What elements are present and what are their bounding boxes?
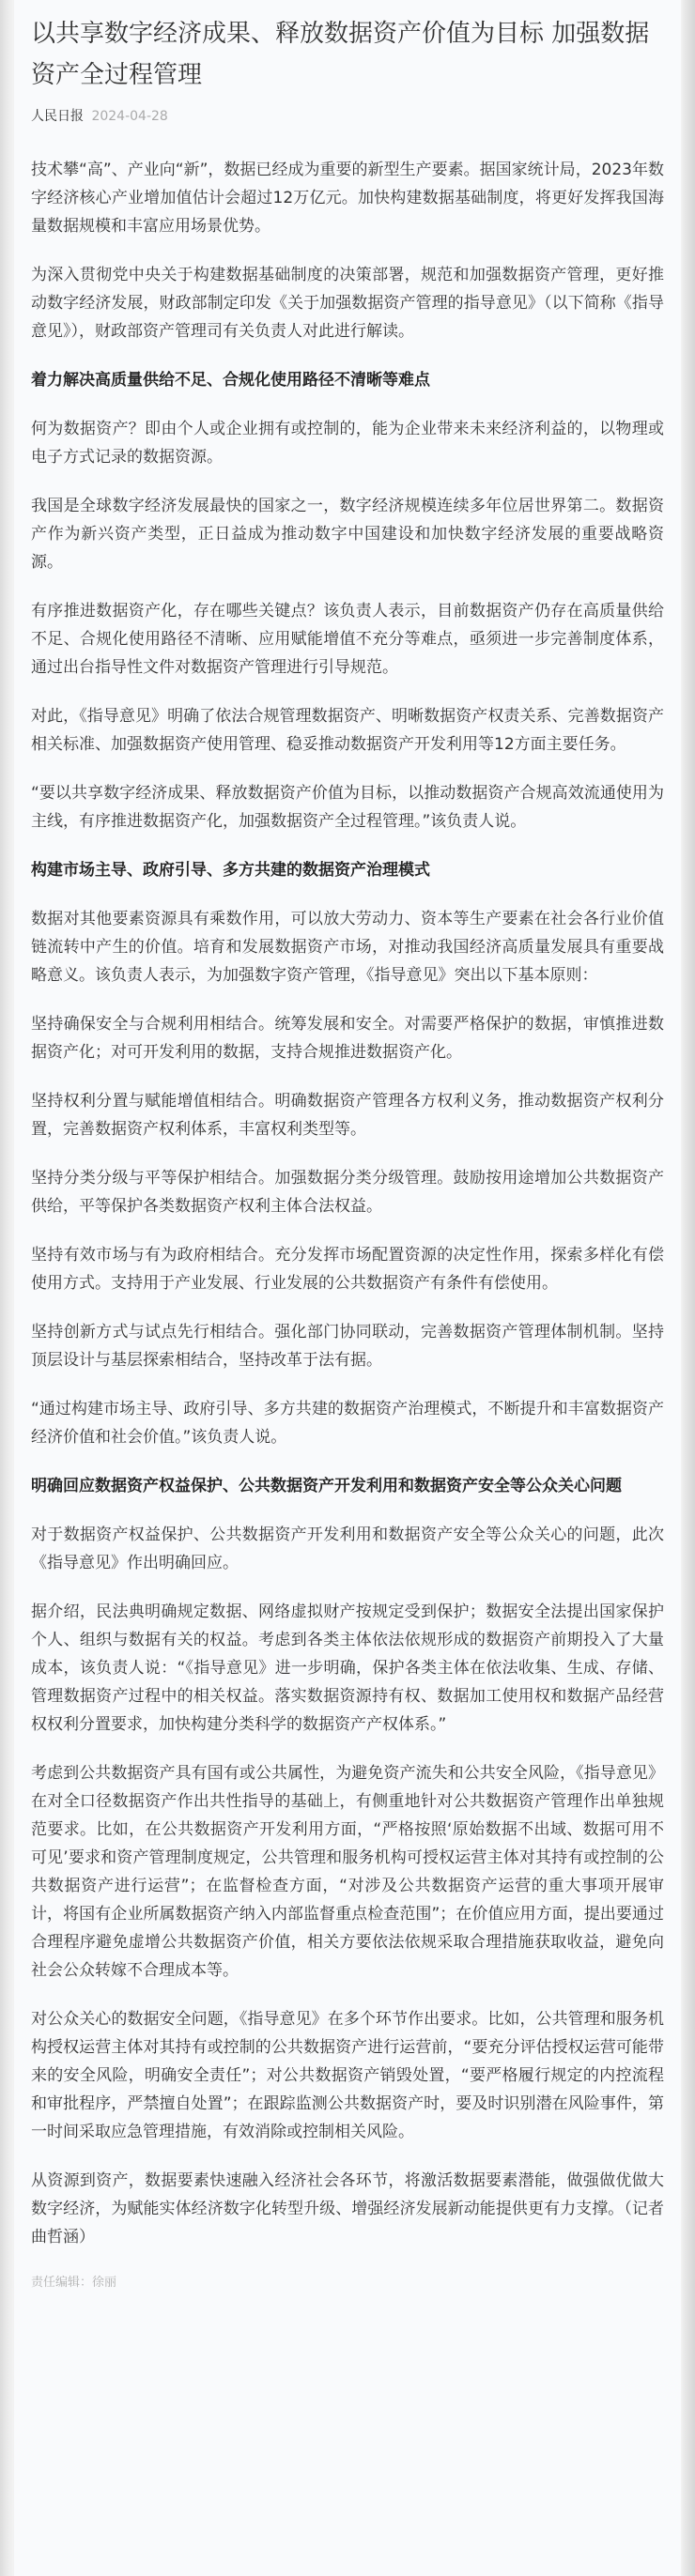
- paragraph: 从资源到资产，数据要素快速融入经济社会各环节，将激活数据要素潜能，做强做优做大数…: [31, 2167, 664, 2251]
- paragraph: 坚持有效市场与有为政府相结合。充分发挥市场配置资源的决定性作用，探索多样化有偿使…: [31, 1241, 664, 1297]
- section-heading: 构建市场主导、政府引导、多方共建的数据资产治理模式: [31, 856, 664, 884]
- article-page: 以共享数字经济成果、释放数据资产价值为目标 加强数据资产全过程管理 人民日报 2…: [14, 0, 681, 2576]
- paragraph: 据介绍，民法典明确规定数据、网络虚拟财产按规定受到保护；数据安全法提出国家保护个…: [31, 1598, 664, 1739]
- section-heading: 明确回应数据资产权益保护、公共数据资产开发利用和数据资产安全等公众关心问题: [31, 1472, 664, 1500]
- paragraph: 我国是全球数字经济发展最快的国家之一，数字经济规模连续多年位居世界第二。数据资产…: [31, 492, 664, 576]
- paragraph: “通过构建市场主导、政府引导、多方共建的数据资产治理模式，不断提升和丰富数据资产…: [31, 1395, 664, 1451]
- paragraph: 考虑到公共数据资产具有国有或公共属性，为避免资产流失和公共安全风险，《指导意见》…: [31, 1759, 664, 1985]
- paragraph: 坚持分类分级与平等保护相结合。加强数据分类分级管理。鼓励按用途增加公共数据资产供…: [31, 1164, 664, 1220]
- article-body: 技术攀“高”、产业向“新”，数据已经成为重要的新型生产要素。据国家统计局，202…: [31, 156, 664, 2251]
- paragraph: 对于数据资产权益保护、公共数据资产开发利用和数据资产安全等公众关心的问题，此次《…: [31, 1521, 664, 1577]
- paragraph: 数据对其他要素资源具有乘数作用，可以放大劳动力、资本等生产要素在社会各行业价值链…: [31, 905, 664, 989]
- paragraph: 坚持确保安全与合规利用相结合。统筹发展和安全。对需要严格保护的数据，审慎推进数据…: [31, 1010, 664, 1066]
- article-meta: 人民日报 2024-04-28: [31, 107, 664, 126]
- paragraph: 有序推进数据资产化，存在哪些关键点？该负责人表示，目前数据资产仍存在高质量供给不…: [31, 597, 664, 682]
- paragraph: 对此，《指导意见》明确了依法合规管理数据资产、明晰数据资产权责关系、完善数据资产…: [31, 702, 664, 759]
- section-heading: 着力解决高质量供给不足、合规化使用路径不清晰等难点: [31, 366, 664, 394]
- paragraph: 技术攀“高”、产业向“新”，数据已经成为重要的新型生产要素。据国家统计局，202…: [31, 156, 664, 240]
- paragraph: 对公众关心的数据安全问题，《指导意见》在多个环节作出要求。比如，公共管理和服务机…: [31, 2005, 664, 2146]
- paragraph: 坚持权利分置与赋能增值相结合。明确数据资产管理各方权利义务，推动数据资产权利分置…: [31, 1087, 664, 1143]
- paragraph: 为深入贯彻党中央关于构建数据基础制度的决策部署，规范和加强数据资产管理，更好推动…: [31, 261, 664, 345]
- paragraph: 坚持创新方式与试点先行相结合。强化部门协同联动，完善数据资产管理体制机制。坚持顶…: [31, 1318, 664, 1374]
- article-title: 以共享数字经济成果、释放数据资产价值为目标 加强数据资产全过程管理: [31, 13, 664, 96]
- article-date: 2024-04-28: [91, 109, 167, 124]
- paragraph: “要以共享数字经济成果、释放数据资产价值为目标，以推动数据资产合规高效流通使用为…: [31, 779, 664, 836]
- paragraph: 何为数据资产？即由个人或企业拥有或控制的，能为企业带来未来经济利益的，以物理或电…: [31, 415, 664, 471]
- article-source: 人民日报: [31, 109, 84, 124]
- responsible-editor: 责任编辑：徐丽: [31, 2272, 664, 2290]
